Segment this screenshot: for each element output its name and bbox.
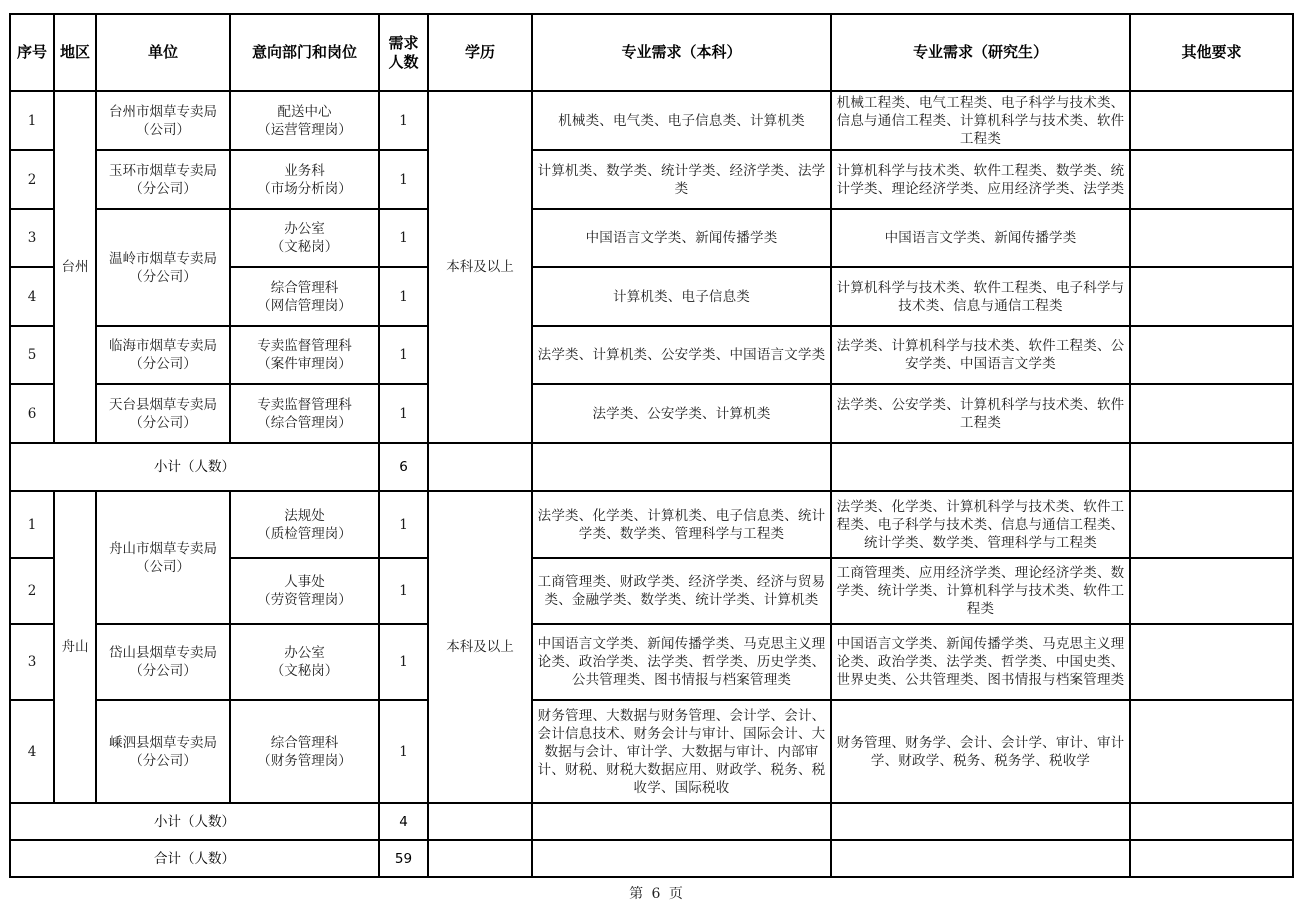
cell-no: 3 (10, 624, 54, 700)
cell-other (1130, 267, 1293, 326)
total-row: 合计（人数） 59 (10, 840, 1293, 877)
table-row: 3 岱山县烟草专卖局（分公司） 办公室（文秘岗） 1 中国语言文学类、新闻传播学… (10, 624, 1293, 700)
cell-dept: 专卖监督管理科（综合管理岗） (230, 384, 379, 443)
cell-major-bachelor: 法学类、公安学类、计算机类 (532, 384, 831, 443)
cell-dept: 综合管理科（网信管理岗） (230, 267, 379, 326)
recruitment-table: 序号 地区 单位 意向部门和岗位 需求人数 学历 专业需求（本科） 专业需求（研… (9, 13, 1294, 878)
cell-count: 1 (379, 384, 428, 443)
cell-no: 1 (10, 91, 54, 150)
table-row: 5 临海市烟草专卖局（分公司） 专卖监督管理科（案件审理岗） 1 法学类、计算机… (10, 326, 1293, 384)
cell-major-graduate: 法学类、公安学类、计算机科学与技术类、软件工程类 (831, 384, 1130, 443)
cell-count: 1 (379, 491, 428, 558)
cell-unit: 岱山县烟草专卖局（分公司） (96, 624, 230, 700)
cell-no: 4 (10, 700, 54, 803)
header-education: 学历 (428, 14, 532, 91)
subtotal-row: 小计（人数） 4 (10, 803, 1293, 840)
cell-major-graduate: 机械工程类、电气工程类、电子科学与技术类、信息与通信工程类、计算机科学与技术类、… (831, 91, 1130, 150)
cell-dept: 配送中心（运营管理岗） (230, 91, 379, 150)
header-major-graduate: 专业需求（研究生） (831, 14, 1130, 91)
cell-unit: 台州市烟草专卖局（公司） (96, 91, 230, 150)
table-row: 2 玉环市烟草专卖局（分公司） 业务科（市场分析岗） 1 计算机类、数学类、统计… (10, 150, 1293, 209)
subtotal-value: 6 (379, 443, 428, 491)
cell-education: 本科及以上 (428, 491, 532, 803)
table-row: 1 台州 台州市烟草专卖局（公司） 配送中心（运营管理岗） 1 本科及以上 机械… (10, 91, 1293, 150)
subtotal-label: 小计（人数） (10, 803, 379, 840)
cell-major-graduate: 法学类、计算机科学与技术类、软件工程类、公安学类、中国语言文学类 (831, 326, 1130, 384)
cell-major-bachelor: 计算机类、电子信息类 (532, 267, 831, 326)
cell-other (1130, 91, 1293, 150)
total-label: 合计（人数） (10, 840, 379, 877)
table-row: 6 天台县烟草专卖局（分公司） 专卖监督管理科（综合管理岗） 1 法学类、公安学… (10, 384, 1293, 443)
header-dept-post: 意向部门和岗位 (230, 14, 379, 91)
header-no: 序号 (10, 14, 54, 91)
cell-major-graduate: 工商管理类、应用经济学类、理论经济学类、数学类、统计学类、计算机科学与技术类、软… (831, 558, 1130, 624)
cell-major-graduate: 法学类、化学类、计算机科学与技术类、软件工程类、电子科学与技术类、信息与通信工程… (831, 491, 1130, 558)
cell-dept: 法规处（质检管理岗） (230, 491, 379, 558)
cell-other (1130, 558, 1293, 624)
cell-count: 1 (379, 91, 428, 150)
table-row: 1 舟山 舟山市烟草专卖局（公司） 法规处（质检管理岗） 1 本科及以上 法学类… (10, 491, 1293, 558)
cell-count: 1 (379, 326, 428, 384)
cell-major-bachelor: 计算机类、数学类、统计学类、经济学类、法学类 (532, 150, 831, 209)
table-row: 3 温岭市烟草专卖局（分公司） 办公室（文秘岗） 1 中国语言文学类、新闻传播学… (10, 209, 1293, 267)
header-other: 其他要求 (1130, 14, 1293, 91)
cell-region: 舟山 (54, 491, 96, 803)
header-region: 地区 (54, 14, 96, 91)
cell-major-bachelor: 财务管理、大数据与财务管理、会计学、会计、会计信息技术、财务会计与审计、国际会计… (532, 700, 831, 803)
cell-other (1130, 491, 1293, 558)
cell-major-graduate: 计算机科学与技术类、软件工程类、电子科学与技术类、信息与通信工程类 (831, 267, 1130, 326)
cell-other (1130, 624, 1293, 700)
cell-other (1130, 700, 1293, 803)
cell-major-bachelor: 机械类、电气类、电子信息类、计算机类 (532, 91, 831, 150)
cell-major-graduate: 中国语言文学类、新闻传播学类 (831, 209, 1130, 267)
cell-dept: 人事处（劳资管理岗） (230, 558, 379, 624)
cell-count: 1 (379, 150, 428, 209)
cell-count: 1 (379, 267, 428, 326)
cell-count: 1 (379, 209, 428, 267)
cell-no: 5 (10, 326, 54, 384)
page-number: 第 6 页 (0, 883, 1312, 903)
cell-other (1130, 209, 1293, 267)
cell-dept: 专卖监督管理科（案件审理岗） (230, 326, 379, 384)
cell-major-graduate: 中国语言文学类、新闻传播学类、马克思主义理论类、政治学类、法学类、哲学类、中国史… (831, 624, 1130, 700)
cell-major-bachelor: 工商管理类、财政学类、经济学类、经济与贸易类、金融学类、数学类、统计学类、计算机… (532, 558, 831, 624)
cell-unit: 临海市烟草专卖局（分公司） (96, 326, 230, 384)
cell-major-bachelor: 法学类、化学类、计算机类、电子信息类、统计学类、数学类、管理科学与工程类 (532, 491, 831, 558)
cell-no: 6 (10, 384, 54, 443)
cell-dept: 业务科（市场分析岗） (230, 150, 379, 209)
cell-dept: 办公室（文秘岗） (230, 624, 379, 700)
subtotal-row: 小计（人数） 6 (10, 443, 1293, 491)
cell-no: 2 (10, 150, 54, 209)
cell-other (1130, 384, 1293, 443)
cell-no: 2 (10, 558, 54, 624)
cell-dept: 综合管理科（财务管理岗） (230, 700, 379, 803)
total-value: 59 (379, 840, 428, 877)
header-count: 需求人数 (379, 14, 428, 91)
cell-no: 4 (10, 267, 54, 326)
cell-unit: 嵊泗县烟草专卖局（分公司） (96, 700, 230, 803)
cell-region: 台州 (54, 91, 96, 443)
cell-major-graduate: 计算机科学与技术类、软件工程类、数学类、统计学类、理论经济学类、应用经济学类、法… (831, 150, 1130, 209)
cell-major-bachelor: 中国语言文学类、新闻传播学类 (532, 209, 831, 267)
cell-unit: 玉环市烟草专卖局（分公司） (96, 150, 230, 209)
cell-unit: 天台县烟草专卖局（分公司） (96, 384, 230, 443)
header-major-bachelor: 专业需求（本科） (532, 14, 831, 91)
cell-no: 1 (10, 491, 54, 558)
header-unit: 单位 (96, 14, 230, 91)
cell-major-bachelor: 中国语言文学类、新闻传播学类、马克思主义理论类、政治学类、法学类、哲学类、历史学… (532, 624, 831, 700)
cell-major-bachelor: 法学类、计算机类、公安学类、中国语言文学类 (532, 326, 831, 384)
subtotal-label: 小计（人数） (10, 443, 379, 491)
cell-education: 本科及以上 (428, 91, 532, 443)
cell-other (1130, 150, 1293, 209)
cell-count: 1 (379, 624, 428, 700)
subtotal-value: 4 (379, 803, 428, 840)
cell-unit: 舟山市烟草专卖局（公司） (96, 491, 230, 624)
cell-count: 1 (379, 700, 428, 803)
cell-count: 1 (379, 558, 428, 624)
header-row: 序号 地区 单位 意向部门和岗位 需求人数 学历 专业需求（本科） 专业需求（研… (10, 14, 1293, 91)
table-row: 4 嵊泗县烟草专卖局（分公司） 综合管理科（财务管理岗） 1 财务管理、大数据与… (10, 700, 1293, 803)
cell-major-graduate: 财务管理、财务学、会计、会计学、审计、审计学、财政学、税务、税务学、税收学 (831, 700, 1130, 803)
cell-no: 3 (10, 209, 54, 267)
cell-other (1130, 326, 1293, 384)
cell-unit: 温岭市烟草专卖局（分公司） (96, 209, 230, 326)
cell-dept: 办公室（文秘岗） (230, 209, 379, 267)
